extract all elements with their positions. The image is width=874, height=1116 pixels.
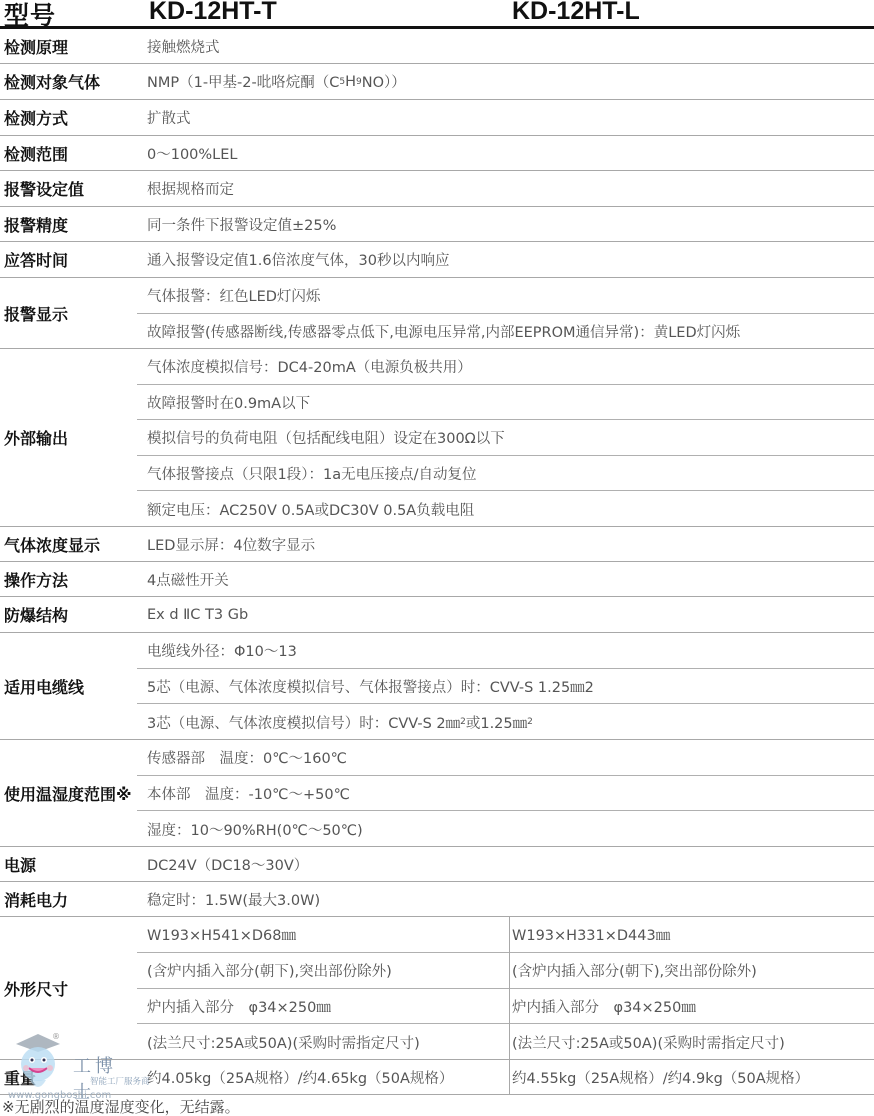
value-l: 约4.55kg（25A规格）/约4.9kg（50A规格） [512, 1060, 809, 1095]
row-label: 外部输出 [4, 349, 68, 526]
sub-row: 额定电压：AC250V 0.5A或DC30V 0.5A负载电阻 [137, 491, 874, 527]
row-label: 消耗电力 [4, 882, 68, 916]
row-label: 报警精度 [4, 207, 68, 241]
value-t: 炉内插入部分 φ34×250㎜ [147, 989, 331, 1023]
row-explosion-proof: 防爆结构 Ex d ⅡC T3 Gb [0, 597, 874, 633]
row-value: DC24V（DC18～30V） [147, 847, 308, 881]
text: NMP（1-甲基-2-吡咯烷酮（C [147, 71, 339, 92]
row-target-gas: 检测对象气体 NMP（1-甲基-2-吡咯烷酮（C5H9NO）） [0, 64, 874, 100]
row-cable: 适用电缆线 电缆线外径：Φ10～13 5芯（电源、气体浓度模拟信号、气体报警接点… [0, 633, 874, 740]
sub-row: 气体报警接点（只限1段）：1a无电压接点/自动复位 [137, 456, 874, 491]
row-value: 气体报警接点（只限1段）：1a无电压接点/自动复位 [147, 456, 476, 490]
row-method: 检测方式 扩散式 [0, 100, 874, 136]
row-label: 适用电缆线 [4, 633, 84, 739]
row-alarm-accuracy: 报警精度 同一条件下报警设定值±25% [0, 207, 874, 242]
row-value: 4点磁性开关 [147, 562, 229, 596]
row-value: 5芯（电源、气体浓度模拟信号、气体报警接点）时：CVV-S 1.25㎜2 [147, 669, 594, 703]
row-label: 检测对象气体 [4, 64, 100, 99]
row-value: 稳定时：1.5W(最大3.0W) [147, 882, 320, 916]
row-value: 0～100%LEL [147, 136, 238, 170]
footnote: ※无剧烈的温度湿度变化，无结露。 [2, 1096, 240, 1116]
sub-row: 3芯（电源、气体浓度模拟信号）时：CVV-S 2㎜2或1.25㎜2 [137, 704, 874, 740]
row-response-time: 应答时间 通入报警设定值1.6倍浓度气体，30秒以内响应 [0, 242, 874, 278]
row-value: 模拟信号的负荷电阻（包括配线电阻）设定在300Ω以下 [147, 420, 505, 455]
sub-row: 模拟信号的负荷电阻（包括配线电阻）设定在300Ω以下 [137, 420, 874, 456]
row-alarm-display: 报警显示 气体报警：红色LED灯闪烁 故障报警(传感器断线,传感器零点低下,电源… [0, 278, 874, 349]
row-label: 检测方式 [4, 100, 68, 135]
sub-row: 炉内插入部分 φ34×250㎜ 炉内插入部分 φ34×250㎜ [137, 989, 874, 1024]
row-concentration-display: 气体浓度显示 LED显示屏：4位数字显示 [0, 527, 874, 562]
row-value: 电缆线外径：Φ10～13 [147, 633, 297, 668]
sub-row: 本体部 温度：-10℃～+50℃ [137, 776, 874, 811]
table-header: 型号 KD-12HT-T KD-12HT-L [0, 0, 874, 29]
row-value: 本体部 温度：-10℃～+50℃ [147, 776, 350, 810]
row-value: 额定电压：AC250V 0.5A或DC30V 0.5A负载电阻 [147, 491, 474, 527]
row-label: 检测原理 [4, 29, 68, 63]
row-external-output: 外部输出 气体浓度模拟信号：DC4-20mA（电源负极共用） 故障报警时在0.9… [0, 349, 874, 527]
watermark-tagline: 智能工厂服务商 [90, 1075, 150, 1087]
sub-row: 气体报警：红色LED灯闪烁 [137, 278, 874, 314]
text: H [345, 74, 356, 90]
row-value: 故障报警(传感器断线,传感器零点低下,电源电压异常,内部EEPROM通信异常)：… [147, 314, 740, 349]
row-value: 气体报警：红色LED灯闪烁 [147, 278, 320, 313]
row-label: 使用温湿度范围※ [4, 740, 132, 846]
model-t: KD-12HT-T [149, 0, 277, 26]
row-label: 电源 [4, 847, 36, 881]
sub-row: 约4.05kg（25A规格）/约4.65kg（50A规格） 约4.55kg（25… [137, 1060, 874, 1095]
row-value: 气体浓度模拟信号：DC4-20mA（电源负极共用） [147, 349, 472, 384]
sub-row: (含炉内插入部分(朝下),突出部份除外) (含炉内插入部分(朝下),突出部份除外… [137, 953, 874, 989]
row-value: NMP（1-甲基-2-吡咯烷酮（C5H9NO）） [147, 64, 406, 99]
text: 3芯（电源、气体浓度模拟信号）时：CVV-S 2㎜ [147, 712, 460, 733]
row-value: 接触燃烧式 [147, 29, 220, 63]
sub-row: 气体浓度模拟信号：DC4-20mA（电源负极共用） [137, 349, 874, 385]
sub-row: 5芯（电源、气体浓度模拟信号、气体报警接点）时：CVV-S 1.25㎜2 [137, 669, 874, 704]
row-consumption: 消耗电力 稳定时：1.5W(最大3.0W) [0, 882, 874, 917]
sub-row: W193×H541×D68㎜ W193×H331×D443㎜ [137, 917, 874, 953]
row-principle: 检测原理 接触燃烧式 [0, 29, 874, 64]
model-label: 型号 [4, 0, 56, 32]
row-label: 报警设定值 [4, 171, 84, 206]
row-label: 报警显示 [4, 278, 68, 348]
row-value: 同一条件下报警设定值±25% [147, 207, 336, 241]
row-value: 故障报警时在0.9mA以下 [147, 385, 310, 419]
row-label: 检测范围 [4, 136, 68, 170]
registered-mark: ® [52, 1032, 60, 1041]
row-value: 扩散式 [147, 100, 191, 135]
sub-row: 电缆线外径：Φ10～13 [137, 633, 874, 669]
value-l: 炉内插入部分 φ34×250㎜ [512, 989, 696, 1023]
row-value: 湿度：10～90%RH(0℃～50℃) [147, 811, 363, 847]
value-t: W193×H541×D68㎜ [147, 917, 296, 952]
row-range: 检测范围 0～100%LEL [0, 136, 874, 171]
row-value: Ex d ⅡC T3 Gb [147, 597, 248, 632]
value-t: (含炉内插入部分(朝下),突出部份除外) [147, 953, 392, 988]
row-value: LED显示屏：4位数字显示 [147, 527, 315, 561]
text: NO）） [362, 71, 406, 92]
text: 或1.25㎜ [466, 712, 527, 733]
value-l: (含炉内插入部分(朝下),突出部份除外) [512, 953, 757, 988]
value-l: W193×H331×D443㎜ [512, 917, 670, 952]
value-t: (法兰尺寸:25A或50A)(采购时需指定尺寸) [147, 1024, 420, 1060]
model-l: KD-12HT-L [512, 0, 640, 26]
row-label: 气体浓度显示 [4, 527, 100, 561]
row-value: 传感器部 温度：0℃～160℃ [147, 740, 347, 775]
row-operation: 操作方法 4点磁性开关 [0, 562, 874, 597]
row-label: 防爆结构 [4, 597, 68, 632]
row-temp-humidity: 使用温湿度范围※ 传感器部 温度：0℃～160℃ 本体部 温度：-10℃～+50… [0, 740, 874, 847]
sub-row: 故障报警时在0.9mA以下 [137, 385, 874, 420]
sub-row: (法兰尺寸:25A或50A)(采购时需指定尺寸) (法兰尺寸:25A或50A)(… [137, 1024, 874, 1060]
sub-row: 湿度：10～90%RH(0℃～50℃) [137, 811, 874, 847]
row-label: 应答时间 [4, 242, 68, 277]
sub-row: 传感器部 温度：0℃～160℃ [137, 740, 874, 776]
row-alarm-setpoint: 报警设定值 根据规格而定 [0, 171, 874, 207]
row-value: 3芯（电源、气体浓度模拟信号）时：CVV-S 2㎜2或1.25㎜2 [147, 704, 533, 740]
row-power: 电源 DC24V（DC18～30V） [0, 847, 874, 882]
value-l: (法兰尺寸:25A或50A)(采购时需指定尺寸) [512, 1024, 785, 1060]
row-label: 操作方法 [4, 562, 68, 596]
row-value: 通入报警设定值1.6倍浓度气体，30秒以内响应 [147, 242, 450, 277]
sub-row: 故障报警(传感器断线,传感器零点低下,电源电压异常,内部EEPROM通信异常)：… [137, 314, 874, 349]
value-t: 约4.05kg（25A规格）/约4.65kg（50A规格） [147, 1060, 453, 1095]
row-value: 根据规格而定 [147, 171, 234, 206]
